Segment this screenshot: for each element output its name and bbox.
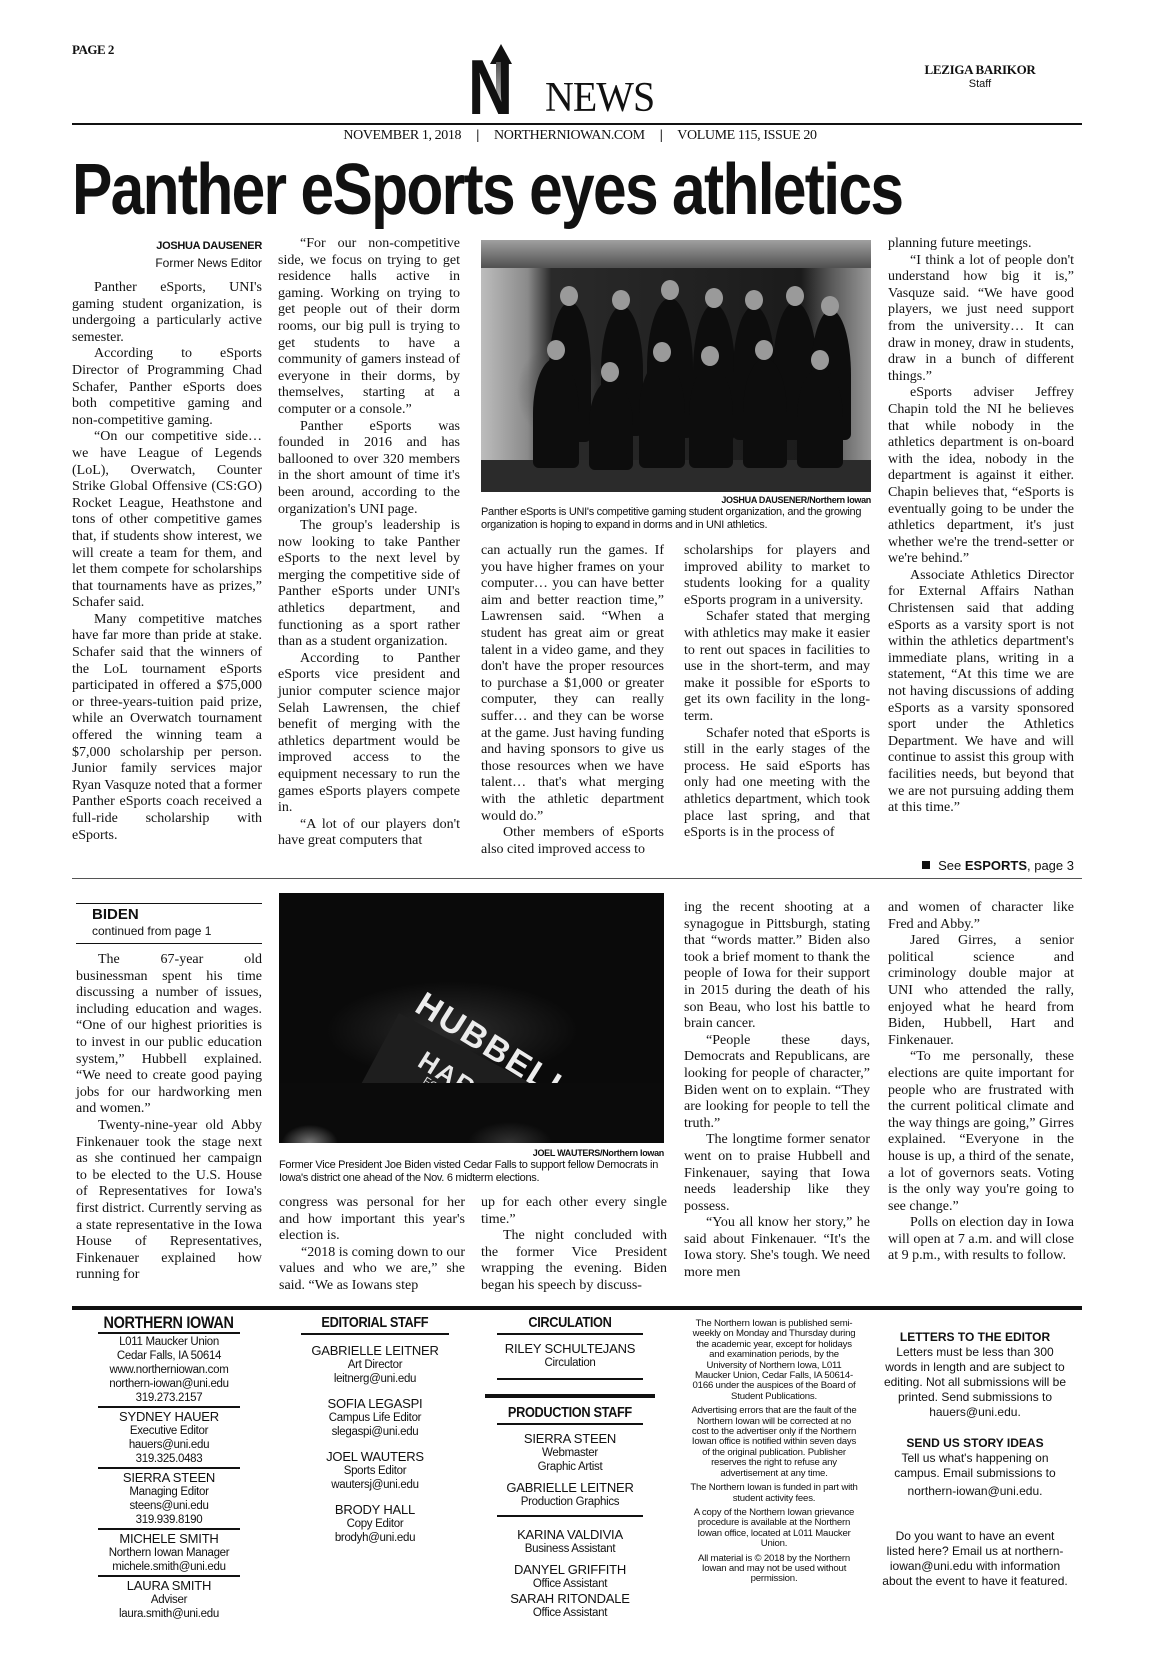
staff-role: Sports Editor (295, 1464, 455, 1478)
paragraph: can actually run the games. If you have … (481, 543, 664, 825)
jump-continued-label: continued from page 1 (92, 924, 262, 938)
staff-email-link[interactable]: steens@uni.edu (92, 1499, 246, 1513)
team-member (689, 364, 733, 468)
team-member (533, 358, 579, 468)
northern-iowan-logo: N NEWS (468, 44, 678, 122)
staff-name: LAURA SMITH (92, 1578, 246, 1593)
circulation-production-block: CIRCULATION RILEY SCHULTEJANS Circulatio… (485, 1314, 655, 1620)
team-member-head (701, 346, 719, 366)
events-text: Do you want to have an event listed here… (880, 1529, 1070, 1589)
story-ideas-email-link[interactable]: northern-iowan@uni.edu. (880, 1484, 1070, 1499)
page-number: PAGE 2 (72, 42, 114, 58)
notice-paragraph: Advertising errors that are the fault of… (690, 1406, 858, 1479)
team-member (639, 360, 685, 468)
org-title: NORTHERN IOWAN (104, 1314, 234, 1332)
paragraph: “To me personally, these elections are q… (888, 1049, 1074, 1215)
staff-name: KARINA VALDIVIA (485, 1527, 655, 1542)
staff-phone: 319.939.8190 (92, 1513, 246, 1527)
paragraph: Schafer stated that merging with athleti… (684, 609, 870, 725)
paragraph: According to Panther eSports vice presid… (278, 651, 460, 817)
jump-rule-top (76, 903, 262, 904)
story-ideas-title: SEND US STORY IDEAS (880, 1436, 1070, 1451)
section-title-wrap: CIRCULATION (485, 1314, 655, 1332)
photo-caption: Former Vice President Joe Biden visted C… (279, 1159, 671, 1185)
spacer (880, 1499, 1070, 1529)
crowd-silhouette (279, 1083, 664, 1143)
staff-role: Executive Editor (92, 1424, 246, 1438)
volume-issue: VOLUME 115, ISSUE 20 (677, 128, 816, 143)
staff-name: SYDNEY HAUER (92, 1409, 246, 1424)
letters-title: LETTERS TO THE EDITOR (880, 1330, 1070, 1345)
divider (98, 1332, 240, 1334)
paragraph: “2018 is coming down to our values and w… (279, 1245, 465, 1295)
paragraph: Schafer noted that eSports is still in t… (684, 726, 870, 842)
biden-column-2: congress was personal for her and how im… (279, 1195, 465, 1295)
biden-column-3: up for each other every single time.” Th… (481, 1195, 667, 1295)
team-member-head (547, 340, 565, 360)
org-title-wrap: NORTHERN IOWAN (92, 1314, 246, 1332)
author-role: Former News Editor (72, 254, 262, 272)
section-name: NEWS (545, 76, 654, 120)
team-member-head (811, 350, 829, 370)
paragraph: The longtime former senator went on to p… (684, 1132, 870, 1215)
team-member-head (745, 290, 763, 310)
staff-role: Business Assistant (485, 1542, 655, 1556)
team-member-head (821, 296, 839, 316)
paragraph: “People these days, Democrats and Republ… (684, 1033, 870, 1133)
org-address-2: Cedar Falls, IA 50614 (92, 1349, 246, 1363)
staff-role: Art Director (295, 1358, 455, 1372)
section-title-wrap: PRODUCTION STAFF (485, 1404, 655, 1422)
staff-role: Managing Editor (92, 1485, 246, 1499)
photo-credit: JOEL WAUTERS/Northern Iowan (279, 1148, 664, 1158)
photo-credit: JOSHUA DAUSENER/Northern Iowan (481, 495, 871, 505)
staff-name: SIERRA STEEN (485, 1431, 655, 1446)
org-email-link[interactable]: northern-iowan@uni.edu (92, 1377, 246, 1391)
staff-role: Northern Iowan Manager (92, 1546, 246, 1560)
staff-name: BRODY HALL (295, 1502, 455, 1517)
team-member-head (601, 362, 619, 382)
divider (98, 1467, 240, 1469)
paragraph: “On our competitive side… we have League… (72, 429, 262, 612)
notice-paragraph: A copy of the Northern Iowan grievance p… (690, 1508, 858, 1550)
org-contact-block: NORTHERN IOWAN L011 Maucker Union Cedar … (92, 1314, 246, 1621)
team-member-head (653, 342, 671, 362)
reader-info-block: LETTERS TO THE EDITOR Letters must be le… (880, 1330, 1070, 1589)
photo-caption: Panther eSports is UNI's competitive gam… (481, 506, 873, 532)
paragraph: “For our non-competitive side, we focus … (278, 236, 460, 419)
jump-rule-bottom (76, 943, 262, 944)
staff-role: Adviser (92, 1593, 246, 1607)
top-byline: LEZIGA BARIKOR Staff (880, 62, 1080, 90)
divider (98, 1575, 240, 1577)
paragraph: Twenty-nine-year old Abby Finkenauer too… (76, 1118, 262, 1284)
photo-ceiling (481, 240, 871, 268)
staff-email-link[interactable]: slegaspi@uni.edu (295, 1425, 455, 1439)
jump-slug: ESPORTS (965, 858, 1027, 873)
biden-column-5: and women of character like Fred and Abb… (888, 900, 1074, 1265)
team-member (797, 368, 843, 468)
staff-email-link[interactable]: wautersj@uni.edu (295, 1478, 455, 1492)
notice-paragraph: The Northern Iowan is published semi-wee… (690, 1319, 858, 1402)
paragraph: Jared Girres, a senior political science… (888, 933, 1074, 1049)
paragraph: Other members of eSports also cited impr… (481, 825, 664, 858)
divider (497, 1423, 643, 1425)
masthead-rule (72, 123, 1082, 125)
dateline: NOVEMBER 1, 2018 | NORTHERNIOWAN.COM | V… (280, 128, 880, 144)
team-member-head (786, 286, 804, 306)
staff-name: DANYEL GRIFFITH (485, 1562, 655, 1577)
staff-role: Circulation (485, 1356, 655, 1370)
paragraph: eSports adviser Jeffrey Chapin told the … (888, 385, 1074, 568)
esports-team-photo (481, 240, 871, 492)
staff-role: Graphic Artist (485, 1460, 655, 1474)
editorial-staff-block: EDITORIAL STAFF GABRIELLE LEITNER Art Di… (295, 1314, 455, 1545)
story-ideas-text: Tell us what's happening on campus. Emai… (880, 1451, 1070, 1481)
notice-paragraph: All material is © 2018 by the Northern I… (690, 1554, 858, 1585)
staff-role: Office Assistant (485, 1577, 655, 1591)
team-member (743, 358, 787, 468)
paragraph: “A lot of our players don't have great c… (278, 817, 460, 850)
continued-jump-link[interactable]: See ESPORTS, page 3 (888, 858, 1074, 873)
author-name: JOSHUA DAUSENER (72, 238, 262, 254)
top-byline-role: Staff (880, 78, 1080, 90)
esports-column-3: can actually run the games. If you have … (481, 543, 664, 858)
staff-role: Webmaster (485, 1446, 655, 1460)
staff-box-top-rule (72, 1306, 1082, 1310)
team-member-head (705, 288, 723, 308)
jump-prefix: See (938, 858, 961, 873)
org-address-1: L011 Maucker Union (92, 1335, 246, 1349)
square-bullet-icon (922, 861, 930, 869)
paragraph: Polls on election day in Iowa will open … (888, 1215, 1074, 1265)
spacer (295, 1386, 455, 1396)
paragraph: Many competitive matches have far more t… (72, 612, 262, 844)
story-headline: Panther eSports eyes athletics (72, 148, 920, 232)
letters-text: Letters must be less than 300 words in l… (880, 1345, 1070, 1420)
jump-header: BIDEN continued from page 1 (92, 906, 262, 938)
divider (497, 1333, 643, 1335)
paragraph: scholarships for players and improved ab… (684, 543, 870, 609)
logo-letter: N (468, 52, 513, 122)
staff-role: Production Graphics (485, 1495, 655, 1509)
staff-name: SIERRA STEEN (92, 1470, 246, 1485)
staff-role: Office Assistant (485, 1606, 655, 1620)
paragraph: Panther eSports was founded in 2016 and … (278, 419, 460, 519)
paragraph: and women of character like Fred and Abb… (888, 900, 1074, 933)
paragraph: Panther eSports, UNI's gaming student or… (72, 280, 262, 346)
jump-page: , page 3 (1027, 858, 1074, 873)
paragraph: According to eSports Director of Program… (72, 346, 262, 429)
divider (98, 1528, 240, 1530)
team-member-head (661, 280, 679, 300)
paragraph: planning future meetings. (888, 236, 1074, 253)
staff-name: SOFIA LEGASPI (295, 1396, 455, 1411)
separator: | (476, 128, 479, 144)
biden-column-4: ing the recent shooting at a synagogue i… (684, 900, 870, 1282)
esports-column-5: planning future meetings. “I think a lot… (888, 236, 1074, 817)
staff-email-link[interactable]: laura.smith@uni.edu (92, 1607, 246, 1621)
spacer (295, 1492, 455, 1502)
spacer (880, 1420, 1070, 1436)
staff-role: Copy Editor (295, 1517, 455, 1531)
spacer (295, 1439, 455, 1449)
team-member-head (755, 340, 773, 360)
paragraph: The night concluded with the former Vice… (481, 1228, 667, 1294)
team-member-head (612, 290, 630, 310)
staff-name: GABRIELLE LEITNER (295, 1343, 455, 1358)
section-title-wrap: EDITORIAL STAFF (295, 1314, 455, 1332)
section-title: CIRCULATION (528, 1314, 611, 1332)
staff-email-link[interactable]: brodyh@uni.edu (295, 1531, 455, 1545)
staff-email-link[interactable]: michele.smith@uni.edu (92, 1560, 246, 1574)
team-member-head (560, 286, 578, 306)
staff-email-link[interactable]: leitnerg@uni.edu (295, 1372, 455, 1386)
esports-column-2: “For our non-competitive side, we focus … (278, 236, 460, 850)
paragraph: “You all know her story,” he said about … (684, 1215, 870, 1281)
staff-name: GABRIELLE LEITNER (485, 1480, 655, 1495)
section-title: PRODUCTION STAFF (508, 1404, 632, 1422)
paragraph: congress was personal for her and how im… (279, 1195, 465, 1245)
story-divider (72, 878, 1082, 879)
paragraph: The 67-year old businessman spent his ti… (76, 952, 262, 1118)
team-member (589, 380, 633, 470)
biden-rally-photo: HUBBELL HART FOR IOWA HART (279, 893, 664, 1143)
staff-name: MICHELE SMITH (92, 1531, 246, 1546)
org-phone: 319.273.2157 (92, 1391, 246, 1405)
website-link[interactable]: NORTHERNIOWAN.COM (494, 128, 645, 143)
jump-slug-heading: BIDEN (92, 906, 262, 924)
esports-column-4: scholarships for players and improved ab… (684, 543, 870, 842)
thick-divider (485, 1394, 655, 1398)
publication-notice: The Northern Iowan is published semi-wee… (690, 1319, 858, 1589)
paragraph: up for each other every single time.” (481, 1195, 667, 1228)
biden-column-1: The 67-year old businessman spent his ti… (76, 952, 262, 1284)
divider (98, 1406, 240, 1408)
staff-name: JOEL WAUTERS (295, 1449, 455, 1464)
divider (301, 1333, 449, 1335)
paragraph: “I think a lot of people don't understan… (888, 253, 1074, 386)
staff-name: SARAH RITONDALE (485, 1591, 655, 1606)
separator: | (660, 128, 663, 144)
staff-phone: 319.325.0483 (92, 1452, 246, 1466)
top-byline-name: LEZIGA BARIKOR (880, 62, 1080, 78)
issue-date: NOVEMBER 1, 2018 (343, 128, 461, 143)
divider (497, 1515, 643, 1517)
divider (497, 1378, 643, 1380)
notice-paragraph: The Northern Iowan is funded in part wit… (690, 1483, 858, 1504)
org-website-link[interactable]: www.northerniowan.com (92, 1363, 246, 1377)
section-title: EDITORIAL STAFF (322, 1314, 429, 1332)
staff-email-link[interactable]: hauers@uni.edu (92, 1438, 246, 1452)
esports-column-1: JOSHUA DAUSENER Former News Editor Panth… (72, 238, 262, 844)
staff-role: Campus Life Editor (295, 1411, 455, 1425)
paragraph: ing the recent shooting at a synagogue i… (684, 900, 870, 1033)
paragraph: Associate Athletics Director for Externa… (888, 568, 1074, 817)
staff-name: RILEY SCHULTEJANS (485, 1341, 655, 1356)
paragraph: The group's leadership is now looking to… (278, 518, 460, 651)
